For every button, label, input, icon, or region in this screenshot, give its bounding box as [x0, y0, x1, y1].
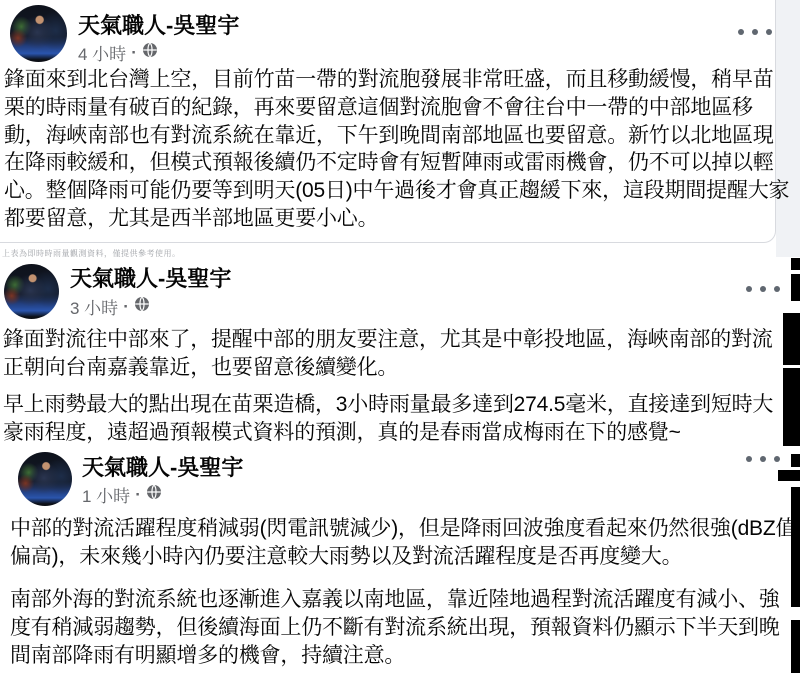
post-body: 中部的對流活躍程度稍減弱(閃電訊號減少)，但是降雨回波強度看起來仍然很強(dBZ…: [10, 515, 800, 571]
post-meta[interactable]: 1 小時 ·: [82, 482, 162, 507]
avatar[interactable]: [10, 5, 67, 62]
more-options-button[interactable]: [734, 25, 776, 39]
post-body: 南部外海的對流系統也逐漸進入嘉義以南地區，靠近陸地過程對流活躍度有減小、強 度有…: [10, 586, 800, 671]
avatar[interactable]: [4, 264, 59, 319]
meta-separator: ·: [135, 485, 141, 505]
underlying-image-fragment: [791, 454, 800, 467]
ellipsis-icon: [746, 286, 752, 292]
ellipsis-icon: [774, 456, 780, 462]
ellipsis-icon: [760, 286, 766, 292]
globe-icon: [142, 42, 158, 63]
underlying-image-fragment: [791, 620, 800, 673]
ellipsis-icon: [760, 456, 766, 462]
more-options-button[interactable]: [742, 452, 784, 466]
underlying-image-fragment: [791, 274, 800, 301]
timestamp[interactable]: 1 小時: [82, 482, 130, 507]
author-name[interactable]: 天氣職人-吳聖宇: [82, 455, 243, 481]
ellipsis-icon: [746, 456, 752, 462]
avatar[interactable]: [18, 452, 72, 506]
post-meta[interactable]: 4 小時 ·: [78, 40, 158, 65]
author-name[interactable]: 天氣職人-吳聖宇: [78, 13, 239, 39]
post-body: 早上雨勢最大的點出現在苗栗造橋，3小時雨量最多達到274.5毫米，直接達到短時大…: [3, 391, 795, 447]
globe-icon: [146, 484, 162, 505]
underlying-image-fragment: [791, 258, 800, 270]
underlying-image-fragment: [783, 313, 800, 365]
timestamp[interactable]: 4 小時: [78, 40, 126, 65]
globe-icon: [134, 296, 150, 317]
facebook-posts-collage: 天氣職人-吳聖宇 4 小時 · 鋒面來到北台灣上空，目前竹苗一帶的對流胞發展非常…: [0, 0, 800, 673]
ellipsis-icon: [774, 286, 780, 292]
more-options-button[interactable]: [742, 282, 784, 296]
post-body: 鋒面來到北台灣上空，目前竹苗一帶的對流胞發展非常旺盛，而且移動緩慢，稍早苗 栗的…: [4, 66, 796, 233]
post-meta[interactable]: 3 小時 ·: [70, 294, 150, 319]
post-body: 鋒面對流往中部來了，提醒中部的朋友要注意，尤其是中彰投地區，海峽南部的對流 正朝…: [3, 326, 795, 382]
ellipsis-icon: [738, 29, 744, 35]
underlying-image-fragment: [778, 470, 800, 481]
timestamp[interactable]: 3 小時: [70, 294, 118, 319]
underlying-image-fragment: [791, 487, 800, 607]
ellipsis-icon: [766, 29, 772, 35]
underlying-image-fragment: [783, 368, 800, 446]
author-name[interactable]: 天氣職人-吳聖宇: [70, 266, 231, 292]
ellipsis-icon: [752, 29, 758, 35]
cropped-image-caption: 上表為即時時雨量觀測資料，僅提供參考使用。: [2, 248, 181, 259]
meta-separator: ·: [123, 297, 129, 317]
meta-separator: ·: [131, 43, 137, 63]
